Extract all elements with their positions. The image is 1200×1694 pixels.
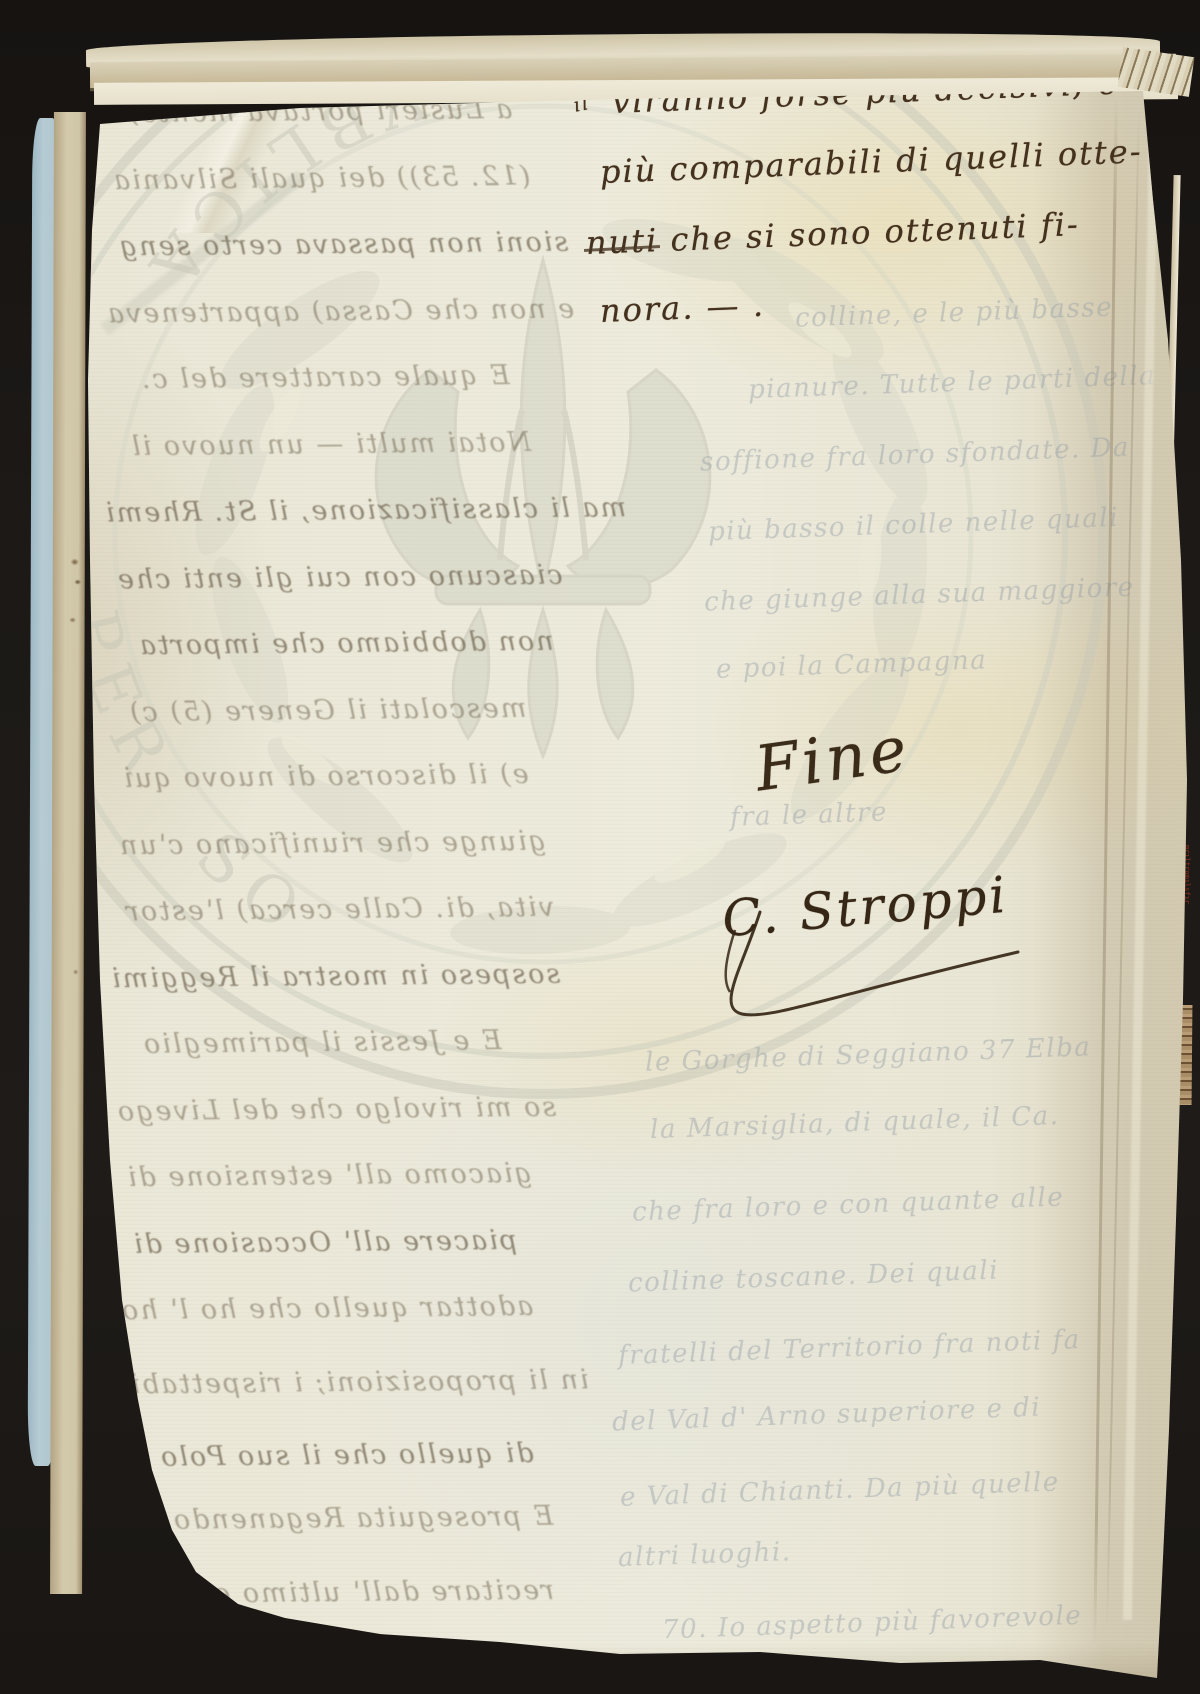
faint-underwriting-line: altri luoghi. (618, 1537, 792, 1573)
faint-underwriting-line: soffione fra loro sfondate. Da (700, 433, 1131, 478)
bleedthrough-line: vita, di. Calle cerca) l'estor (124, 892, 554, 928)
faint-underwriting-line: che fra loro e con quante alle (632, 1182, 1065, 1227)
bleedthrough-line: ciascuno con cui gli enti che (116, 560, 563, 596)
faint-underwriting-line: e Val di Chianti. Da più quelle (620, 1467, 1060, 1512)
faint-underwriting-line: del Val d' Arno superiore e di (612, 1393, 1042, 1438)
faint-underwriting-line: le Gorghe di Seggiano 37 Elba (645, 1032, 1092, 1078)
faint-underwriting-line: la Marsiglia, di quale, il Ca. (650, 1101, 1060, 1145)
stamp-fleur-de-lis-emblem (376, 260, 710, 756)
faint-underwriting-line: colline, e le più basse (795, 292, 1114, 333)
bleedthrough-line: Notai multi — un nuovo il (130, 427, 531, 462)
faint-underwriting-line: più basso il colle nelle quali (708, 503, 1120, 547)
bleedthrough-line: ma li classificazione, il St. Rhemi (104, 492, 626, 528)
faint-underwriting-line: fratelli del Territorio fra noti fa (618, 1325, 1081, 1371)
faint-underwriting-line: e poi la Campagna (716, 645, 988, 684)
bleedthrough-line: sospeso in mostra il Reggimi (110, 959, 561, 995)
ink-text-line: nuti che si sono ottenuti fi- (585, 205, 1080, 262)
bleedthrough-line: E quale carattere del c. (140, 360, 510, 395)
stamp-outer-ring (0, 0, 1103, 1094)
stamp-inner-ring (21, 12, 1065, 1056)
page-corner-streak (100, 171, 306, 336)
manuscript-page: PVBLICA PER SO (0, 0, 1200, 1694)
bleedthrough-line: adottar quello che ho l' ho (120, 1291, 534, 1326)
bleedthrough-line: mescolati il Genere (5) c) (128, 693, 527, 728)
faint-underwriting-column: colline, e le più bassepianure. Tutte le… (0, 0, 1200, 1694)
bleedthrough-line: E e Jessis il parimeglio (142, 1025, 502, 1060)
bleedthrough-line: in li proposizioni; i rispettabili (108, 1364, 589, 1400)
ink-text-line: più comparabili di quelli otte- (599, 132, 1143, 191)
faint-underwriting-line: 70. Io aspetto più favorevole (662, 1601, 1083, 1646)
stamp-foliage-highlights (252, 295, 884, 890)
bleedthrough-line: di quello che il suo Polo L. (118, 1438, 534, 1473)
bleedthrough-line: giacomo all' estensione di (126, 1158, 532, 1193)
fine-word: Fine (751, 712, 915, 806)
manuscript-photo-backdrop: mrıltromılsfır PVBLICA PER SO (0, 0, 1200, 1694)
strikethrough-mark (584, 245, 660, 252)
faint-underwriting-line: fra le altre (730, 797, 889, 832)
bleedthrough-line: so mi rivolgo che del Livego (116, 1092, 557, 1128)
author-signature: C. Stroppi (720, 866, 1011, 949)
bleedthrough-line: E proseguita Reganendo più (112, 1501, 554, 1537)
main-ink-text: ilviranno forse più decisivi; epiù compa… (0, 0, 1200, 1694)
bleedthrough-line: piacere all' Occasione di (132, 1225, 517, 1260)
bleedthrough-line: (12. 53)) dei quali Silvania (112, 161, 531, 196)
bleedthrough-line: recitare dall' ultimo compa (130, 1575, 554, 1610)
page-corner-crease (118, 108, 333, 233)
signature-flourish (0, 0, 1200, 1694)
faint-underwriting-line: colline toscane. Dei quali (628, 1256, 1000, 1299)
bleedthrough-line: e) il discorso di nuovo qui (122, 759, 529, 794)
bleedthrough-line: non dobbiamo che importa (138, 626, 554, 661)
stamp-foliage (180, 206, 946, 957)
bleedthrough-column: a Lusieri portava mente,(12. 53)) dei qu… (0, 0, 1200, 1694)
ink-text-line: nora. — . (599, 286, 765, 330)
page-fold-line (1093, 100, 1118, 1645)
library-stamp-watermark: PVBLICA PER SO (0, 0, 1200, 1694)
page-fold-highlight (1123, 120, 1158, 1620)
faint-underwriting-line: pianure. Tutte le parti della (748, 361, 1157, 405)
bleedthrough-line: sioni non passava certo seng (118, 227, 569, 263)
stamp-band-ring (115, 106, 971, 962)
page-left-edge-band (50, 112, 86, 1594)
page-fold-line (1106, 110, 1140, 1630)
bleedthrough-line: giunge che riunificano c'un (118, 826, 546, 861)
bleedthrough-line: e non che Cassa) apparteneva (106, 294, 574, 330)
stamp-arc-letters: PVBLICA PER SO (56, 0, 580, 955)
faint-underwriting-line: che giunge alla sua maggiore (704, 572, 1135, 617)
